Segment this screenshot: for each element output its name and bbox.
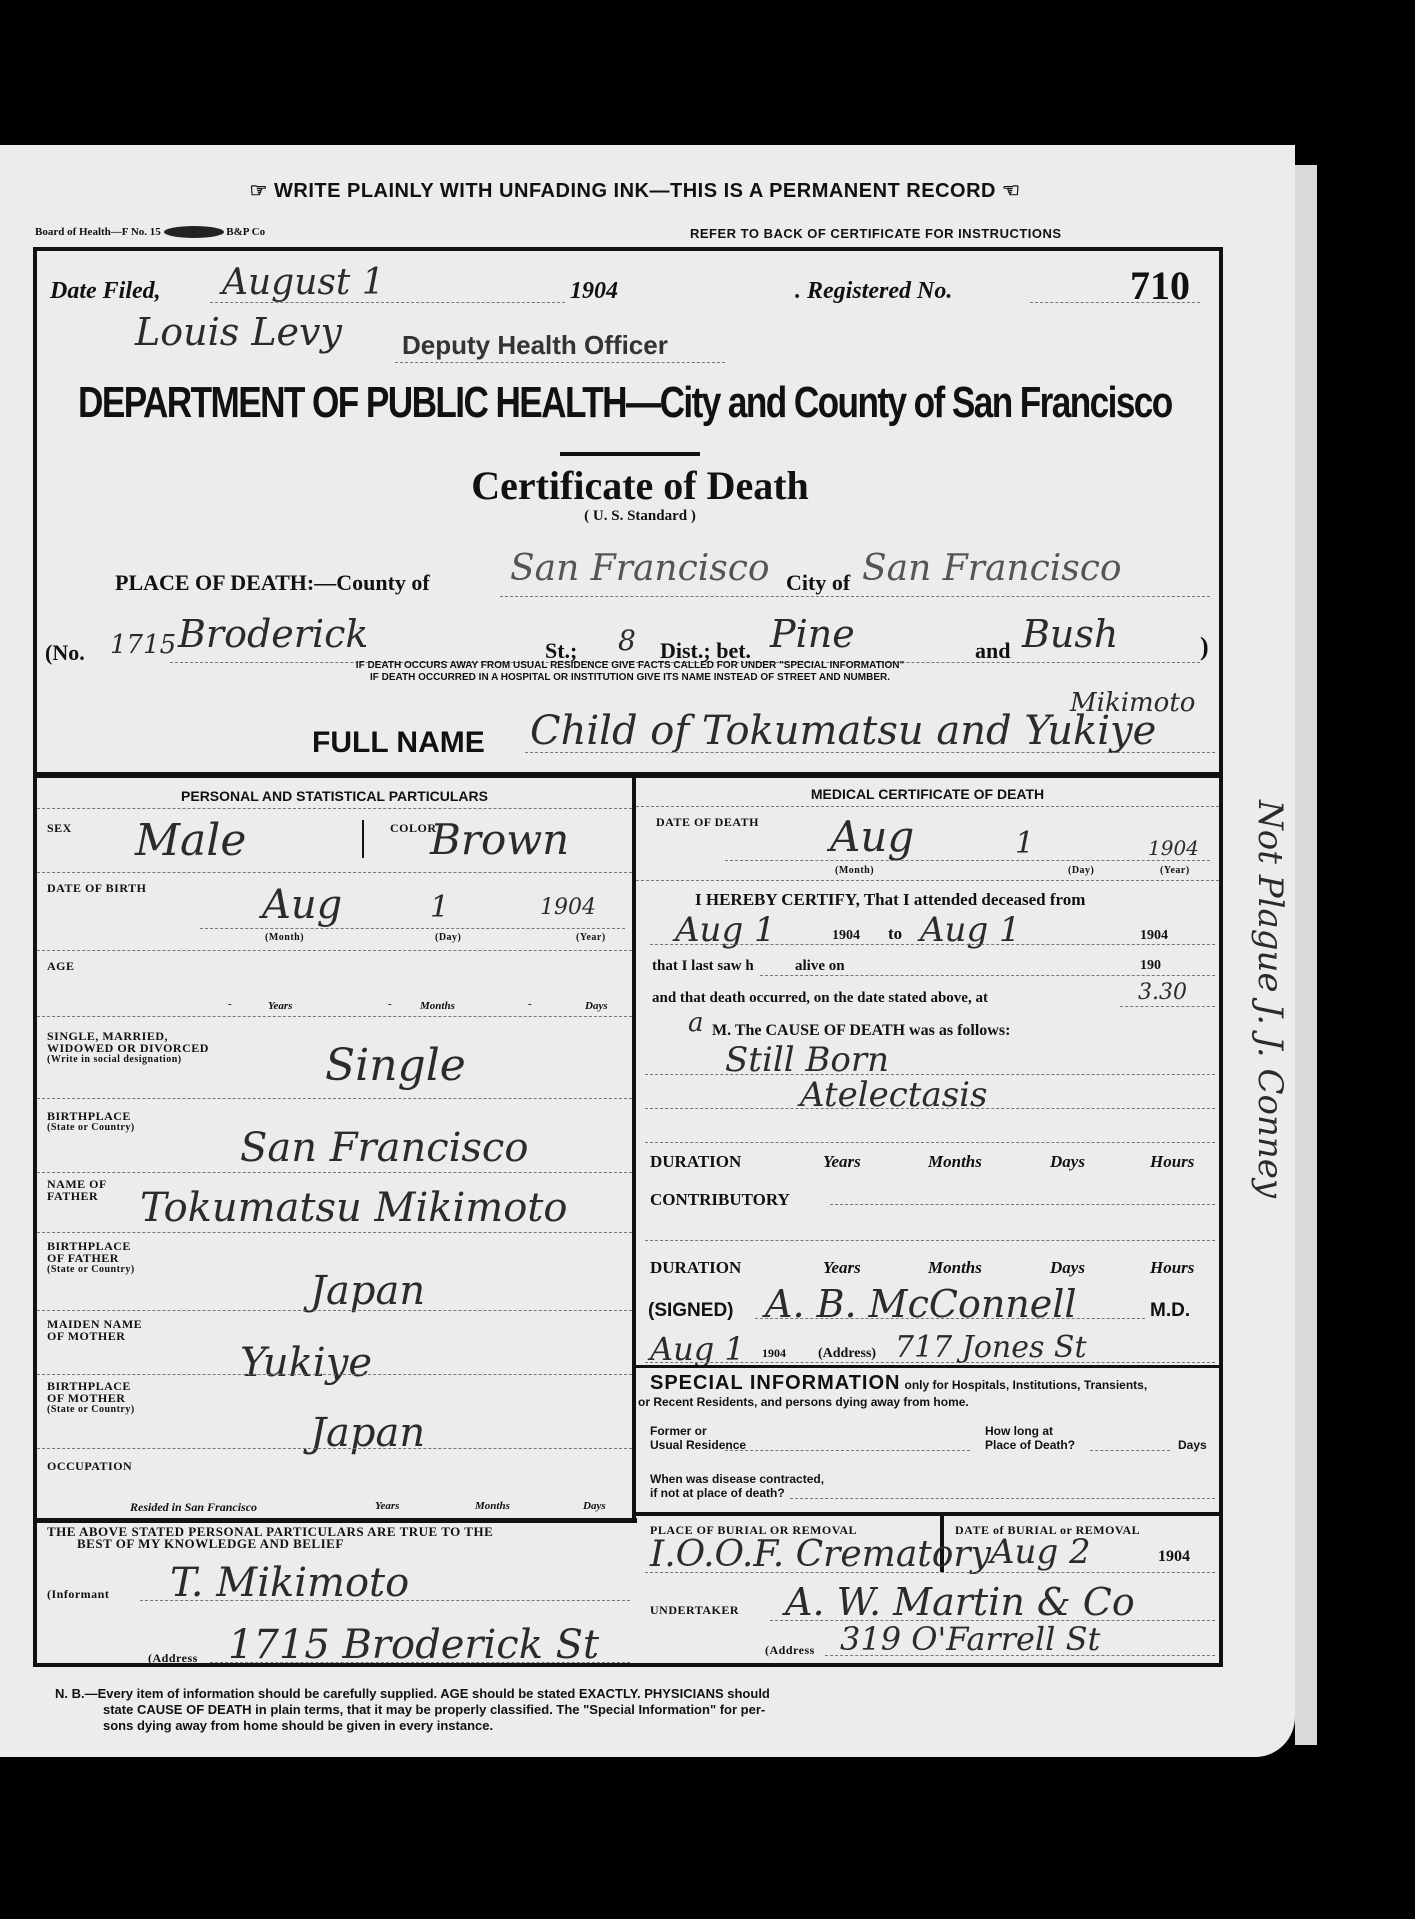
marital-value: Single [325,1040,466,1091]
form-id-text: Board of Health—F No. 15 [35,226,161,238]
duration-hours-1: Hours [1150,1152,1194,1172]
meridian: a [688,1008,704,1038]
alive-year: 190 [1140,958,1161,974]
dod-year: 1904 [1148,836,1199,860]
county-value: San Francisco [510,548,770,589]
mother-label: MAIDEN NAME OF MOTHER [47,1318,142,1342]
age-months-value: - [388,998,392,1010]
margin-note: Not Plague J. J. Conney [1250,800,1290,1270]
physician-address-label: (Address) [818,1346,876,1362]
dob-year-label: (Year) [576,932,606,944]
union-label-icon [164,226,224,238]
refer-instructions: REFER TO BACK OF CERTIFICATE FOR INSTRUC… [690,226,1062,241]
father-birthplace-label: BIRTHPLACE OF FATHER (State or Country) [47,1240,135,1276]
between-street-2: Bush [1022,612,1118,656]
dod-month: Aug [830,812,914,861]
sex-value: Male [135,815,246,866]
duration-years-2: Years [823,1258,861,1278]
dob-day-label: (Day) [435,932,461,944]
marital-label-2: WIDOWED OR DIVORCED [47,1042,209,1054]
residence-note-line-1: IF DEATH OCCURS AWAY FROM USUAL RESIDENC… [190,660,1070,672]
dob-year: 1904 [540,895,596,920]
dod-label: DATE OF DEATH [656,816,759,828]
duration-days-1: Days [1050,1152,1085,1172]
special-info-heading: SPECIAL INFORMATION only for Hospitals, … [650,1372,1220,1409]
certificate-frame [33,247,1223,1667]
age-years-label: Years [268,1000,292,1012]
former-label-1: Former or [650,1424,746,1438]
certificate-title: Certificate of Death [0,462,1280,509]
mother-label-2: OF MOTHER [47,1330,142,1342]
resided-label: Resided in San Francisco [130,1500,257,1515]
special-subtitle-1: only for Hospitals, Institutions, Transi… [904,1378,1147,1392]
informant-statement: THE ABOVE STATED PERSONAL PARTICULARS AR… [47,1526,493,1550]
dod-month-label: (Month) [835,865,874,877]
footer-line-2: state CAUSE OF DEATH in plain terms, tha… [55,1702,770,1718]
form-id: Board of Health—F No. 15 B&P Co [35,226,265,238]
department-title: DEPARTMENT OF PUBLIC HEALTH—City and Cou… [78,378,1172,428]
special-subtitle-2: or Recent Residents, and persons dying a… [638,1395,1220,1409]
pointing-hand-right-icon: ☜ [1002,180,1020,202]
birthplace-label: BIRTHPLACE (State or Country) [47,1110,135,1134]
age-label: AGE [47,960,75,972]
days-label: Days [1178,1438,1207,1452]
sex-label: SEX [47,822,72,834]
personal-heading: PERSONAL AND STATISTICAL PARTICULARS [37,788,632,804]
between-street-1: Pine [770,612,855,656]
duration-hours-2: Hours [1150,1258,1194,1278]
certify-text: I HEREBY CERTIFY, That I attended deceas… [695,890,1085,910]
contracted-1: When was disease contracted, [650,1472,824,1486]
dob-month-label: (Month) [265,932,304,944]
no-label: (No. [45,640,85,666]
death-time: 3.30 [1138,980,1187,1005]
marital-label: SINGLE, MARRIED, WIDOWED OR DIVORCED (Wr… [47,1030,209,1066]
informant-label: (Informant [47,1588,109,1600]
pointing-hand-left-icon: ☞ [250,180,268,202]
us-standard: ( U. S. Standard ) [0,508,1280,525]
md-label: M.D. [1150,1300,1190,1322]
father-label-2: FATHER [47,1190,107,1202]
signed-label: (SIGNED) [648,1300,734,1322]
street-number: 1715 [110,630,176,660]
mother-value: Yukiye [240,1340,372,1386]
printer-text: B&P Co [226,226,265,238]
dob-day: 1 [430,890,449,925]
former-residence-label: Former or Usual Residence [650,1424,746,1452]
dod-day: 1 [1015,826,1034,861]
how-long-label: How long at Place of Death? [985,1424,1075,1452]
mother-bp-label-2: OF MOTHER [47,1392,135,1404]
death-occurred-text: and that death occurred, on the date sta… [652,990,988,1007]
age-years-value: - [228,998,232,1010]
informant-statement-2: BEST OF MY KNOWLEDGE AND BELIEF [47,1538,493,1550]
residence-note: IF DEATH OCCURS AWAY FROM USUAL RESIDENC… [190,660,1070,684]
father-bp-label-2: OF FATHER [47,1252,135,1264]
birthplace-label-2: (State or Country) [47,1122,135,1134]
medical-heading: MEDICAL CERTIFICATE OF DEATH [636,786,1219,802]
father-birthplace-value: Japan [310,1268,425,1314]
banner-text: WRITE PLAINLY WITH UNFADING INK—THIS IS … [274,180,996,202]
physician-signature: A. B. McConnell [765,1282,1077,1326]
footer-line-3: sons dying away from home should be give… [55,1718,770,1734]
undertaker-address-label: (Address [765,1644,815,1656]
mother-bp-label-3: (State or Country) [47,1404,135,1416]
father-bp-label-3: (State or Country) [47,1264,135,1276]
officer-title: Deputy Health Officer [402,330,668,361]
to-year: 1904 [1140,928,1168,944]
burial-year: 1904 [1158,1548,1190,1566]
color-value: Brown [430,815,569,864]
footer-line-1: N. B.—Every item of information should b… [55,1686,770,1702]
officer-signature: Louis Levy [135,310,342,354]
street-name: Broderick [178,612,368,656]
age-days-value: - [528,998,532,1010]
contributory-label: CONTRIBUTORY [650,1190,790,1210]
date-filed-label: Date Filed, [50,278,161,305]
burial-place: I.O.O.F. Crematory [650,1534,991,1575]
banner: ☞ WRITE PLAINLY WITH UNFADING INK—THIS I… [90,178,1180,203]
undertaker-value: A. W. Martin & Co [785,1580,1135,1624]
resided-months: Months [475,1500,510,1512]
duration-years-1: Years [823,1152,861,1172]
close-paren: ) [1200,632,1209,662]
special-heading-text: SPECIAL INFORMATION [650,1372,900,1394]
informant-address-label: (Address [148,1652,198,1664]
alive-on-text: alive on [795,958,845,975]
age-months-label: Months [420,1000,455,1012]
registered-number: 710 [1130,262,1190,309]
city-label: City of [786,570,850,596]
paper-edge [1295,165,1317,1745]
city-value: San Francisco [862,548,1122,589]
last-saw-text: that I last saw h [652,958,754,975]
duration-months-1: Months [928,1152,982,1172]
how-long-2: Place of Death? [985,1438,1075,1452]
mother-birthplace-value: Japan [310,1410,425,1456]
mother-birthplace-label: BIRTHPLACE OF MOTHER (State or Country) [47,1380,135,1416]
dod-year-label: (Year) [1160,865,1190,877]
from-year: 1904 [832,928,860,944]
contracted-label: When was disease contracted, if not at p… [650,1472,824,1500]
footer-note: N. B.—Every item of information should b… [55,1686,770,1734]
occupation-label: OCCUPATION [47,1460,132,1472]
signed-year: 1904 [762,1346,786,1361]
registered-label: . Registered No. [795,278,952,305]
physician-address: 717 Jones St [895,1330,1087,1365]
father-value: Tokumatsu Mikimoto [140,1185,567,1231]
burial-date: Aug 2 [990,1532,1091,1572]
undertaker-label: UNDERTAKER [650,1604,739,1616]
cause-secondary: Atelectasis [800,1075,987,1115]
residence-note-line-2: IF DEATH OCCURRED IN A HOSPITAL OR INSTI… [190,672,1070,684]
father-label: NAME OF FATHER [47,1178,107,1202]
dod-day-label: (Day) [1068,865,1094,877]
how-long-1: How long at [985,1424,1075,1438]
undertaker-address: 319 O'Farrell St [840,1620,1100,1658]
birthplace-value: San Francisco [240,1125,528,1171]
dob-month: Aug [262,882,342,928]
full-name-label: FULL NAME [312,726,485,760]
birthplace-label-1: BIRTHPLACE [47,1110,135,1122]
marital-label-3: (Write in social designation) [47,1054,209,1066]
district-value: 8 [618,624,636,657]
duration-label-1: DURATION [650,1152,741,1172]
filed-year: 1904 [570,278,618,305]
resided-days: Days [583,1500,606,1512]
dob-label: DATE OF BIRTH [47,882,146,894]
duration-days-2: Days [1050,1258,1085,1278]
full-name-value: Child of Tokumatsu and Yukiye [530,708,1156,754]
place-of-death-label: PLACE OF DEATH:—County of [115,570,430,596]
resided-years: Years [375,1500,399,1512]
to-label: to [888,924,902,944]
duration-months-2: Months [928,1258,982,1278]
duration-label-2: DURATION [650,1258,741,1278]
date-filed-value: August 1 [222,262,385,303]
cause-label: M. The CAUSE OF DEATH was as follows: [712,1022,1010,1040]
age-days-label: Days [585,1000,608,1012]
